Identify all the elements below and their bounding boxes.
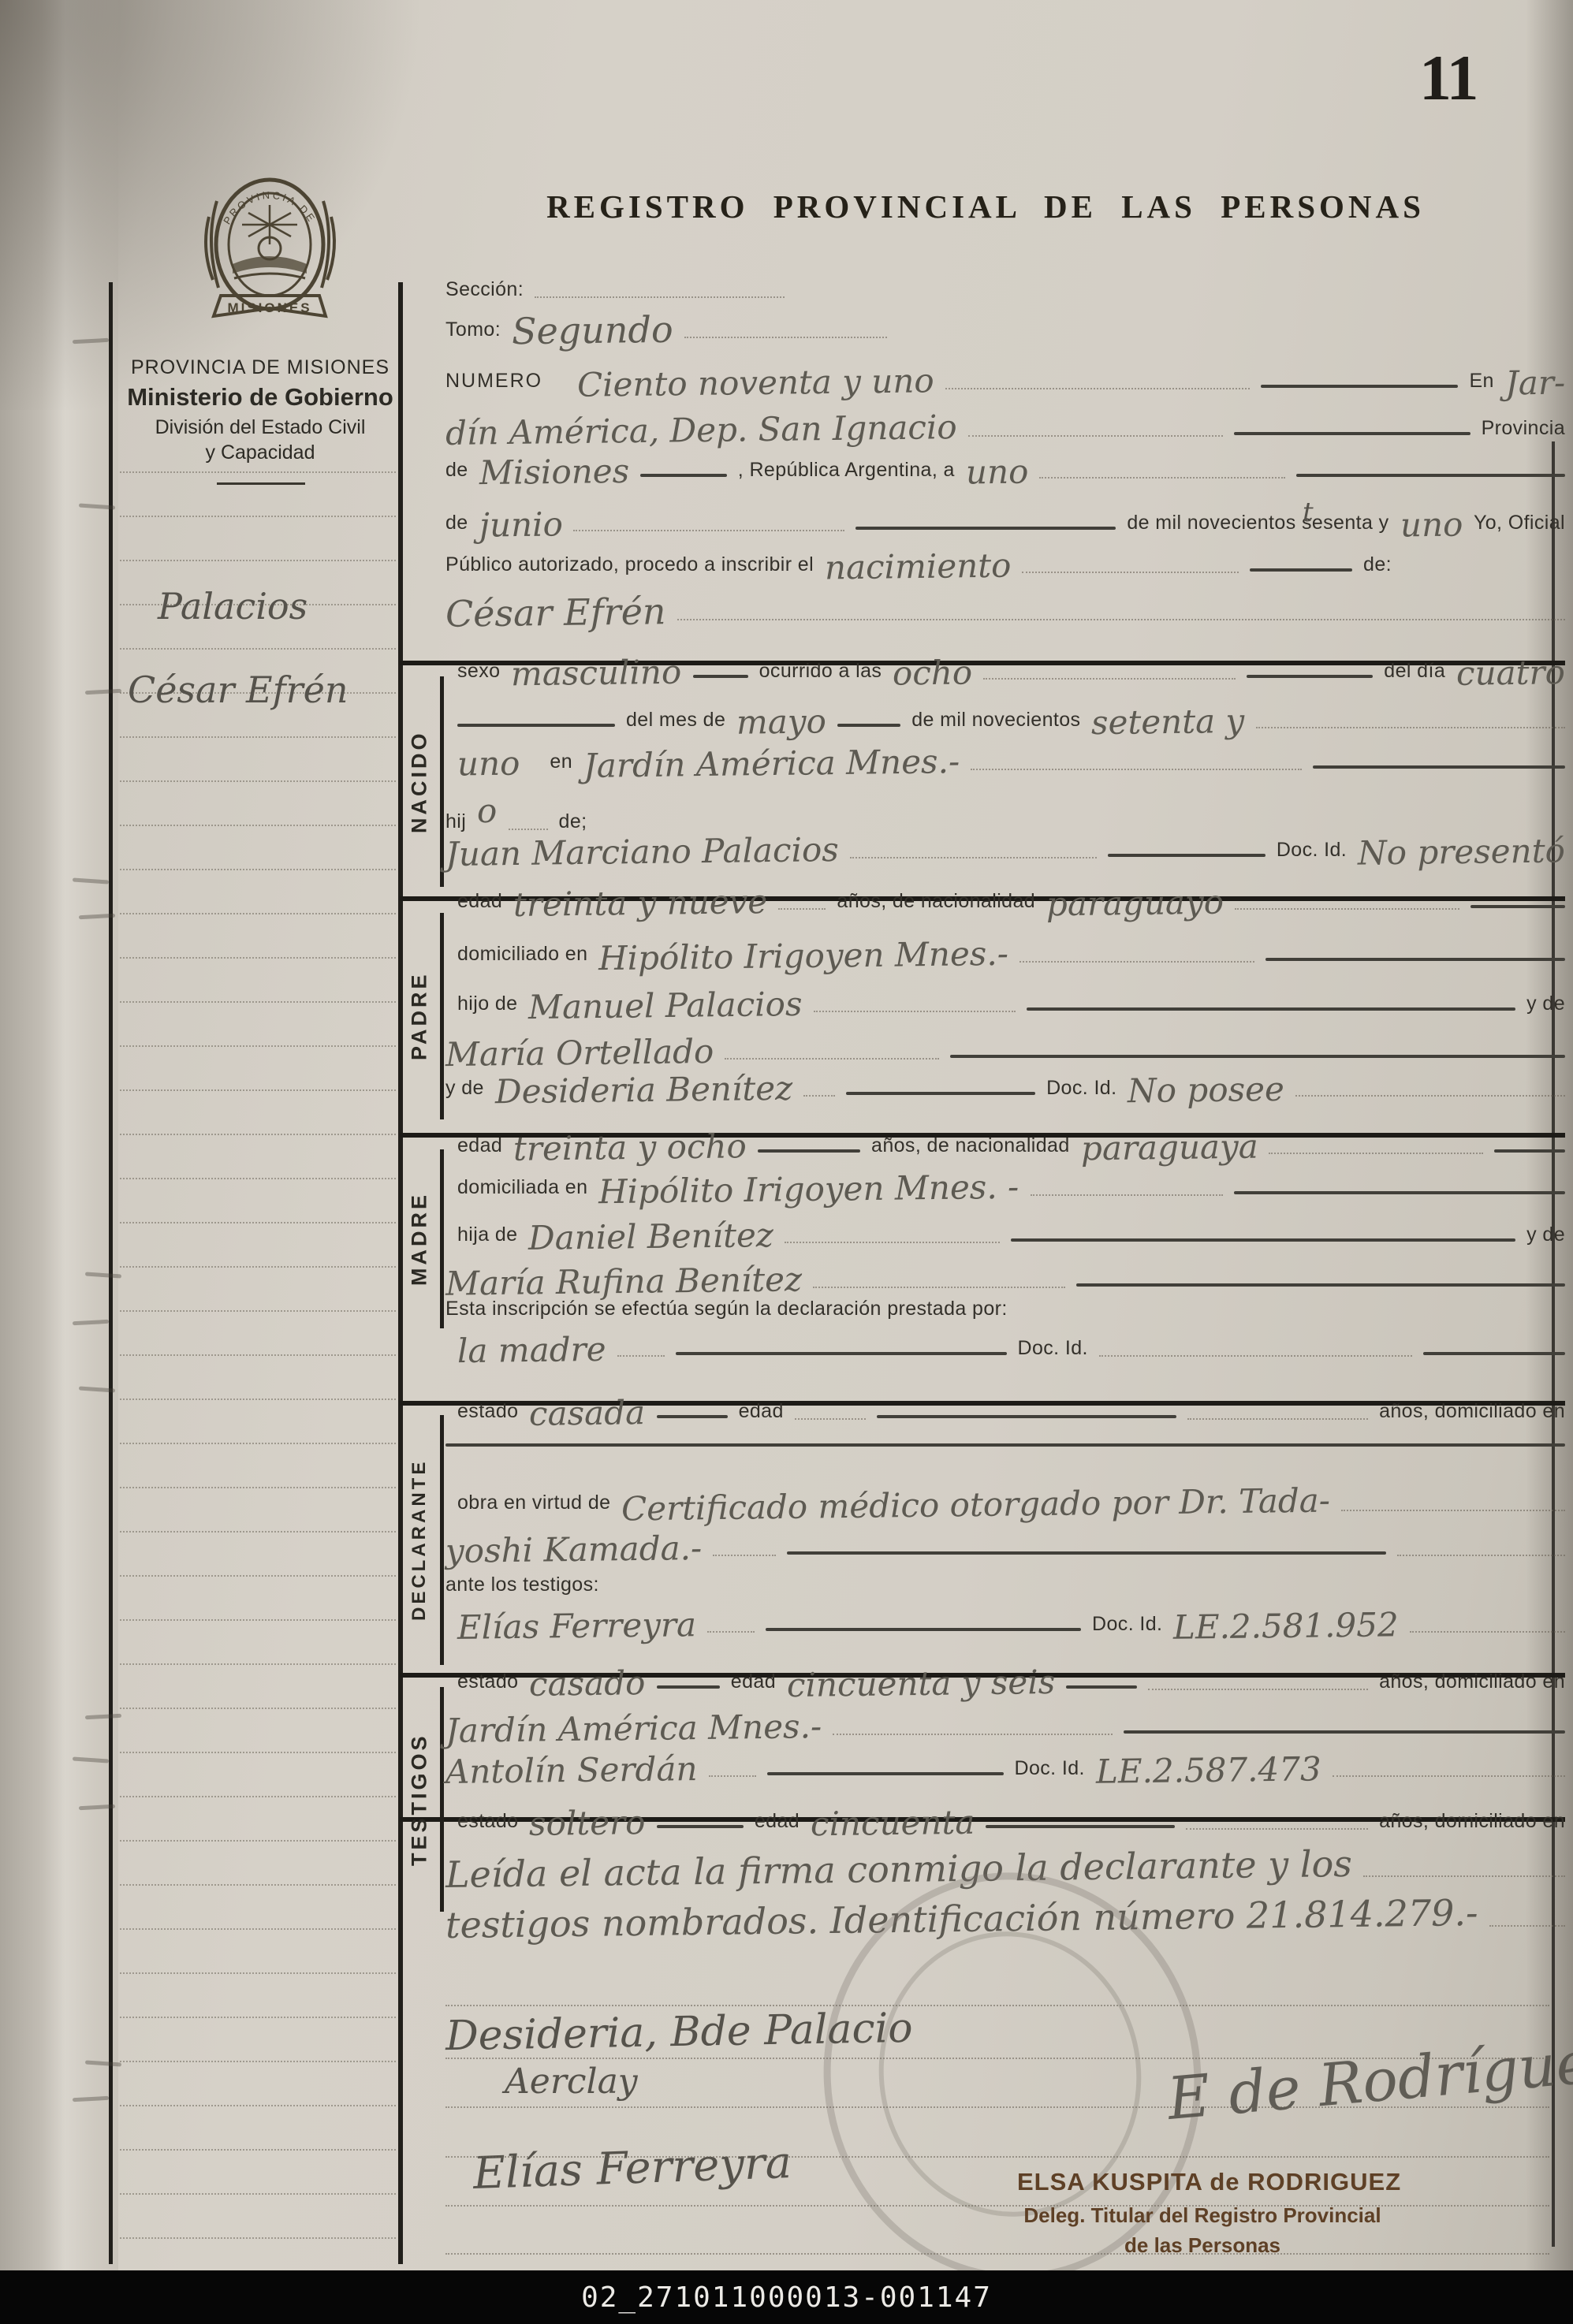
pen-stroke	[855, 527, 1116, 530]
firma-testigo: Elías Ferreyra	[472, 2137, 792, 2199]
page-number: 11	[1419, 41, 1477, 115]
abuelo-materno: Daniel Benítez	[528, 1221, 773, 1252]
obra-value-2: yoshi Kamada.-	[445, 1534, 703, 1566]
declarante-estado: casada	[529, 1398, 646, 1428]
oficial-label: Yo, Oficial	[1474, 513, 1565, 539]
row-testigo1-domicilio: Jardín América Mnes.-	[445, 1715, 1565, 1743]
abuelo-paterno: Manuel Palacios	[528, 990, 803, 1022]
lugar-fill	[971, 769, 1302, 770]
y-de-label: y de	[1526, 1225, 1565, 1251]
dotgap	[617, 1355, 665, 1357]
estado-label: estado	[457, 1402, 518, 1428]
fill	[1333, 1775, 1565, 1777]
numero-value: Ciento noventa y uno	[577, 367, 934, 399]
margin-ruled-line	[120, 1796, 396, 1797]
en-label: En	[1469, 371, 1493, 397]
margin-ruled-line	[120, 1178, 396, 1179]
edad-label: edad	[457, 892, 502, 918]
mes-fill	[573, 530, 844, 531]
dotgap	[709, 1775, 756, 1777]
org-division-2: y Capacidad	[118, 441, 402, 464]
declarante-quien: la madre	[457, 1335, 606, 1365]
fill	[725, 1058, 939, 1060]
domicilio-label: años, domiciliado en	[1379, 1812, 1565, 1838]
provincia-label: Provincia	[1482, 419, 1565, 445]
pen-stroke	[457, 724, 615, 727]
margin-ruled-line	[120, 1354, 396, 1356]
testigo2-edad: cincuenta	[811, 1808, 975, 1838]
anio-fill	[1256, 727, 1565, 728]
padre-nombre: Juan Marciano Palacios	[445, 836, 839, 869]
org-division-1: División del Estado Civil	[118, 416, 402, 439]
row-madre-nombre: y de Desideria Benítez Doc. Id. No posee	[445, 1076, 1565, 1104]
hijo-de-label: hijo de	[457, 994, 517, 1020]
margin-ruled-line	[120, 1089, 396, 1091]
pen-stroke	[767, 1772, 1004, 1775]
lugar-value: Jardín América Mnes.-	[583, 747, 960, 780]
testigo1-edad: cincuenta y seis	[787, 1668, 1056, 1700]
row-obra-1: obra en virtud de Certificado médico oto…	[457, 1491, 1565, 1519]
doc-id-label: Doc. Id.	[1015, 1759, 1085, 1785]
pen-stroke	[877, 1415, 1176, 1418]
pen-stroke	[676, 1352, 1007, 1355]
anio-correction-mark: t	[1303, 497, 1314, 528]
pen-stroke-full	[445, 1443, 1565, 1447]
row-testigo2-estado: estado soltero edad cincuenta años, domi…	[457, 1809, 1565, 1838]
anio-value2: uno	[457, 750, 520, 779]
row-madre-abuelo: hija de Daniel Benítez y de	[457, 1223, 1565, 1251]
margin-ruled-line	[120, 2105, 396, 2106]
mes-value: junio	[479, 510, 562, 539]
padre-domicilio: Hipólito Irigoyen Mnes.-	[598, 940, 1008, 973]
org-ministry: Ministerio de Gobierno	[118, 383, 402, 412]
margin-ruled-line	[120, 1752, 396, 1753]
pen-stroke	[1494, 1149, 1565, 1153]
testigo1-domicilio: Jardín América Mnes.-	[445, 1712, 822, 1745]
sexo-label: sexo	[457, 661, 500, 687]
mes-value: mayo	[736, 707, 826, 736]
stamp-official-title-1: Deleg. Titular del Registro Provincial	[1001, 2203, 1403, 2228]
domicilio-label: domiciliado en	[457, 944, 587, 970]
margin-ruled-line	[120, 1708, 396, 1709]
scan-reference-code: 02_271011000013-001147	[581, 2281, 992, 2314]
nacionalidad-label: años, de nacionalidad	[871, 1136, 1070, 1162]
padre-edad-value: treinta y nueve	[513, 888, 768, 919]
doc-id-label: Doc. Id.	[1277, 840, 1347, 866]
margin-ruled-line	[120, 2017, 396, 2018]
fill	[1235, 908, 1459, 910]
pen-stroke	[758, 1149, 860, 1153]
dotgap	[803, 1095, 835, 1097]
hija-de-label: hija de	[457, 1225, 517, 1251]
margin-ruled-line	[120, 1443, 396, 1444]
hora-fill	[983, 678, 1236, 680]
fill	[833, 1734, 1113, 1735]
margin-ruled-line	[120, 1134, 396, 1135]
margin-ruled-line	[120, 1928, 396, 1930]
doc-id-label: Doc. Id.	[1046, 1078, 1116, 1104]
testigo2-doc: LE.2.587.473	[1096, 1755, 1321, 1786]
dia-value: cuatro	[1456, 658, 1565, 687]
ante-testigos-label: ante los testigos:	[445, 1575, 599, 1601]
stamp-official-name: ELSA KUSPITA de RODRIGUEZ	[1017, 2168, 1388, 2196]
y-de-label: y de	[445, 1078, 484, 1104]
row-obra-2: yoshi Kamada.-	[445, 1536, 1565, 1564]
seccion-label: Sección:	[445, 280, 524, 306]
pen-stroke	[1250, 568, 1352, 572]
pen-stroke	[1423, 1352, 1565, 1355]
margin-ruled-line	[120, 560, 396, 561]
padre-doc-value: No presentó	[1358, 836, 1565, 867]
fill	[1295, 1095, 1565, 1097]
row-declarante-blank	[445, 1443, 1565, 1456]
margin-ruled-line	[120, 1575, 396, 1577]
pen-stroke	[1296, 474, 1565, 477]
madre-doc-value: No posee	[1128, 1075, 1284, 1105]
anio-label: de mil novecientos sesenta y	[1127, 513, 1388, 539]
row-provincia: de Misiones , República Argentina, a uno	[445, 458, 1565, 486]
section-label-declarante: DECLARANTE	[401, 1415, 438, 1665]
testigo1-doc: LE.2.581.952	[1173, 1611, 1399, 1641]
place-line2: dín América, Dep. San Ignacio	[445, 413, 957, 448]
margin-ruled-line	[120, 1487, 396, 1488]
signature-ruled-line	[445, 2253, 1549, 2255]
bracket-nacido	[440, 676, 444, 887]
hijo-fill-letter: o	[477, 797, 498, 825]
dia-value: uno	[966, 458, 1029, 487]
margin-ruled-line	[120, 1972, 396, 1974]
margin-ruled-line	[120, 957, 396, 959]
page-title: REGISTRO PROVINCIAL DE LAS PERSONAS	[442, 188, 1530, 225]
margin-ruled-line	[120, 1001, 396, 1003]
margin-ruled-line	[120, 1619, 396, 1621]
fill	[1186, 1828, 1368, 1830]
margin-ruled-lines	[120, 471, 396, 2281]
bracket-madre	[440, 1149, 444, 1328]
book-binding-edge	[0, 0, 118, 2324]
sexo-value: masculino	[511, 658, 682, 688]
inscripto-nombre: César Efrén	[445, 596, 666, 630]
seccion-blank	[535, 296, 785, 298]
pen-stroke	[837, 724, 900, 727]
acto-fill	[1022, 572, 1239, 573]
nombre-fill	[677, 619, 1565, 620]
fill	[1099, 1355, 1412, 1357]
place-fill	[968, 435, 1223, 437]
firma-declarante: Desideria, Bde Palacio	[445, 2005, 914, 2060]
pen-stroke	[657, 1825, 744, 1828]
margin-ruled-line	[120, 1266, 396, 1268]
pen-stroke	[950, 1055, 1565, 1058]
dotgap	[713, 1555, 776, 1556]
edad-label: edad	[731, 1672, 776, 1698]
numero-label: NUMERO	[445, 371, 542, 397]
provincia-value: Misiones	[479, 457, 629, 487]
pen-stroke	[1066, 1685, 1137, 1689]
row-declaracion-intro: Esta inscripción se efectúa según la dec…	[445, 1299, 1565, 1325]
svg-text:MISIONES: MISIONES	[227, 300, 311, 315]
madre-domicilio: Hipólito Irigoyen Mnes. -	[598, 1173, 1019, 1206]
fill	[1341, 1510, 1565, 1511]
pen-stroke	[693, 675, 748, 678]
pen-stroke	[787, 1551, 1386, 1555]
testigo1-estado: casado	[529, 1669, 646, 1698]
edad-label: edad	[457, 1136, 502, 1162]
cierre-line-2: testigos nombrados. Identificación númer…	[445, 1898, 1478, 1941]
madre-nacionalidad: paraguaya	[1080, 1133, 1258, 1163]
margin-ruled-line	[120, 1884, 396, 1886]
misiones-crest-icon: PROVINCIA DE MISIONES	[185, 169, 355, 343]
obra-value-1: Certificado médico otorgado por Dr. Tada…	[621, 1487, 1330, 1524]
margin-ruled-line	[120, 2237, 396, 2239]
margin-ruled-line	[120, 2061, 396, 2062]
row-padre-abuela: María Ortellado	[445, 1039, 1565, 1067]
fill	[1489, 1925, 1565, 1927]
margin-ruled-line	[120, 1222, 396, 1223]
de-label: de	[445, 460, 468, 486]
org-province: PROVINCIA DE MISIONES	[118, 356, 402, 379]
firma-oficial: E de Rodríguez	[1165, 2026, 1573, 2133]
edad-label: edad	[739, 1402, 784, 1428]
row-padre-abuelo: hijo de Manuel Palacios y de	[457, 992, 1565, 1020]
margin-ruled-line	[120, 780, 396, 782]
margin-ruled-line	[120, 471, 396, 473]
row-mes-anio: de junio de mil novecientos sesenta y un…	[445, 511, 1565, 539]
row-publico: Público autorizado, procedo a inscribir …	[445, 553, 1392, 581]
testigo1-nombre: Elías Ferreyra	[457, 1611, 696, 1641]
bracket-testigos	[440, 1687, 444, 1912]
bracket-declarante	[440, 1415, 444, 1665]
scan-footer-bar: 02_271011000013-001147	[0, 2270, 1573, 2324]
row-cierre-2: testigos nombrados. Identificación númer…	[445, 1904, 1565, 1935]
fill	[1269, 1153, 1483, 1154]
row-ante-testigos: ante los testigos:	[445, 1575, 919, 1601]
margin-ruled-line	[120, 648, 396, 650]
row-padre-domicilio: domiciliado en Hipólito Irigoyen Mnes.-	[457, 942, 1565, 970]
nacionalidad-label: años, de nacionalidad	[837, 892, 1035, 918]
margin-ruled-line	[120, 736, 396, 738]
numero-fill	[945, 388, 1251, 389]
margin-ruled-line	[120, 2193, 396, 2195]
dia-fill	[1039, 477, 1284, 479]
dia-label: del día	[1384, 661, 1445, 687]
margin-ruled-line	[120, 825, 396, 826]
pen-stroke	[1470, 905, 1565, 908]
anio-value: uno	[1400, 511, 1463, 540]
tomo-value: Segundo	[512, 315, 673, 348]
section-label-testigos: TESTIGOS	[401, 1687, 438, 1912]
testigo2-nombre: Antolín Serdán	[445, 1755, 698, 1786]
padre-nombre-fill	[850, 857, 1097, 858]
row-madre-abuela: María Rufina Benítez	[445, 1268, 1565, 1296]
de-label: de	[445, 513, 468, 539]
anio-label: de mil novecientos	[911, 710, 1080, 736]
pen-stroke	[1124, 1730, 1565, 1734]
signature-ruled-line	[445, 2058, 1549, 2059]
pen-stroke	[1011, 1238, 1515, 1242]
row-padre-edad: edad treinta y nueve años, de nacionalid…	[457, 889, 1565, 918]
pen-stroke	[1234, 1191, 1565, 1194]
pen-stroke	[1108, 854, 1265, 857]
margin-ruled-line	[120, 1045, 396, 1047]
row-madre-edad: edad treinta y ocho años, de nacionalida…	[457, 1134, 1565, 1162]
abuela-materna: María Rufina Benítez	[445, 1265, 803, 1298]
bracket-padre	[440, 913, 444, 1119]
mes-label: del mes de	[626, 710, 725, 736]
margin-ruled-line	[120, 1663, 396, 1665]
fill	[1397, 1555, 1565, 1556]
margin-ruled-line	[120, 1310, 396, 1312]
fill	[1031, 1194, 1223, 1196]
dotgap	[795, 1418, 866, 1420]
pen-stroke	[1313, 765, 1565, 769]
signature-ruled-line	[445, 2005, 1549, 2006]
en-label: en	[550, 752, 572, 778]
pen-stroke	[1265, 958, 1565, 961]
madre-edad-value: treinta y ocho	[513, 1132, 747, 1163]
anio-value: setenta y	[1091, 707, 1245, 737]
fill	[1363, 1875, 1565, 1877]
publico-label: Público autorizado, procedo a inscribir …	[445, 555, 814, 581]
testigo2-estado: soltero	[529, 1808, 646, 1838]
section-label-madre: MADRE	[401, 1149, 438, 1328]
tomo-label: Tomo:	[445, 320, 501, 346]
margin-ruled-line	[120, 1398, 396, 1400]
fill	[1187, 1418, 1368, 1420]
dotgap	[778, 908, 826, 910]
hijo-label: hij	[445, 812, 466, 838]
signature-ruled-line	[445, 2205, 1549, 2207]
edad-label: edad	[755, 1812, 800, 1838]
abuela-paterna: María Ortellado	[445, 1037, 714, 1069]
ocurrido-label: ocurrido a las	[759, 661, 882, 687]
margin-given-names: César Efrén	[128, 669, 349, 711]
page-edge-shadow	[1526, 0, 1573, 2324]
y-de-label: y de	[1526, 994, 1565, 1020]
pen-stroke	[766, 1628, 1081, 1631]
row-madre-domicilio: domiciliada en Hipólito Irigoyen Mnes. -	[457, 1175, 1565, 1204]
pen-stroke	[1247, 675, 1373, 678]
row-testigo2-nombre: Antolín Serdán Doc. Id. LE.2.587.473	[445, 1756, 1565, 1785]
row-place: dín América, Dep. San Ignacio Provincia	[445, 416, 1565, 445]
acto-value: nacimiento	[825, 552, 1012, 583]
row-inscripto-nombre: César Efrén	[445, 598, 1565, 628]
firma-declarante-2: Aerclay	[505, 2061, 638, 2102]
hora-value: ocho	[893, 658, 973, 687]
domicilio-label: años, domiciliado en	[1379, 1402, 1565, 1428]
tomo-fill	[684, 337, 887, 338]
fill	[813, 1287, 1065, 1288]
row-mes: del mes de mayo de mil novecientos seten…	[457, 708, 1565, 736]
row-seccion: Sección:	[445, 280, 785, 306]
section-label-padre: PADRE	[401, 913, 438, 1119]
pen-stroke	[1261, 385, 1458, 388]
pen-stroke	[640, 474, 727, 477]
margin-surname: Palacios	[158, 585, 308, 628]
row-testigo1-estado: estado casado edad cincuenta y seis años…	[457, 1670, 1565, 1698]
place-line1: Jar-	[1505, 369, 1566, 398]
domicilio-label: años, domiciliado en	[1379, 1672, 1565, 1698]
row-padre-nombre: Juan Marciano Palacios Doc. Id. No prese…	[445, 838, 1565, 866]
doc-id-label: Doc. Id.	[1018, 1339, 1088, 1365]
margin-ruled-line	[120, 1840, 396, 1842]
pen-stroke	[1076, 1283, 1565, 1287]
fill	[1410, 1631, 1565, 1633]
row-numero: NUMERO Ciento noventa y uno En Jar-	[445, 369, 1565, 397]
pen-stroke	[657, 1415, 728, 1418]
margin-ruled-line	[120, 869, 396, 870]
fill	[1148, 1689, 1368, 1690]
hijo-dotgap	[509, 829, 548, 830]
declaracion-intro-label: Esta inscripción se efectúa según la dec…	[445, 1299, 1008, 1325]
estado-label: estado	[457, 1812, 518, 1838]
row-sexo: sexo masculino ocurrido a las ocho del d…	[457, 659, 1565, 687]
pen-stroke	[986, 1825, 1175, 1828]
signature-ruled-line	[445, 2156, 1549, 2158]
obra-label: obra en virtud de	[457, 1493, 610, 1519]
fill	[814, 1011, 1016, 1012]
pen-stroke	[1027, 1007, 1515, 1011]
padre-nacionalidad: paraguayo	[1046, 888, 1224, 918]
scanned-birth-record-page: 11 REGISTRO PROVINCIAL DE LAS PERSONAS P…	[0, 0, 1573, 2324]
de-colon-label: de:	[1363, 555, 1392, 581]
margin-ruled-line	[120, 913, 396, 914]
cierre-line-1: Leída el acta la firma conmigo la declar…	[445, 1849, 1352, 1890]
row-declarante-estado: estado casada edad años, domiciliado en	[457, 1399, 1565, 1428]
row-testigo1-nombre: Elías Ferreyra Doc. Id. LE.2.581.952	[457, 1612, 1565, 1641]
pen-stroke	[1234, 432, 1470, 435]
section-label-nacido: NACIDO	[401, 676, 438, 887]
fill	[785, 1242, 1000, 1243]
margin-ruled-line	[120, 516, 396, 517]
republica-label: , República Argentina, a	[738, 460, 955, 486]
row-cierre-1: Leída el acta la firma conmigo la declar…	[445, 1854, 1565, 1885]
row-lugar: uno en Jardín América Mnes.-	[457, 750, 1565, 778]
dotgap	[707, 1631, 755, 1633]
doc-id-label: Doc. Id.	[1092, 1615, 1162, 1641]
row-tomo: Tomo: Segundo	[445, 315, 887, 346]
pen-stroke	[657, 1685, 720, 1689]
domicilio-label: domiciliada en	[457, 1178, 587, 1204]
margin-ruled-line	[120, 1531, 396, 1533]
pen-stroke	[846, 1092, 1035, 1095]
estado-label: estado	[457, 1672, 518, 1698]
signature-ruled-line	[445, 2106, 1549, 2108]
margin-ruled-line	[120, 2149, 396, 2151]
row-declarante-quien: la madre Doc. Id.	[457, 1336, 1565, 1365]
fill	[1019, 961, 1254, 963]
madre-nombre: Desideria Benítez	[495, 1074, 793, 1106]
